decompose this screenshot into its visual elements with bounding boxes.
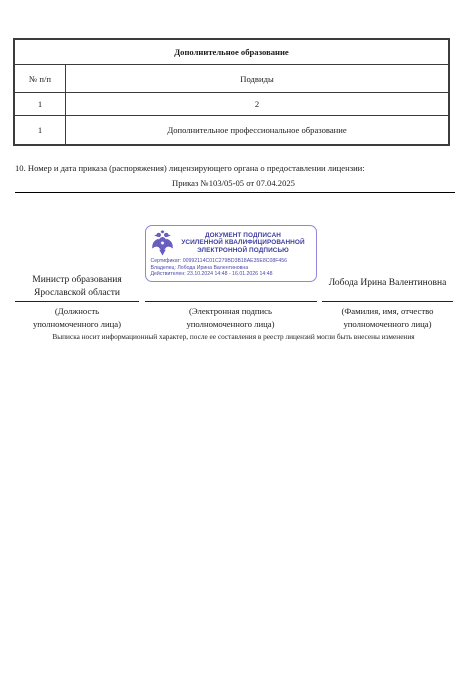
esignature-caption-line1: (Электронная подпись [145,305,317,318]
document-page: Дополнительное образование № п/п Подвиды… [0,0,467,687]
electronic-signature-stamp: ДОКУМЕНТ ПОДПИСАН УСИЛЕННОЙ КВАЛИФИЦИРОВ… [145,225,317,282]
stamp-certificate: Сертификат: 00992114C01C279BD3B18AE35E8C… [151,258,311,265]
column-header-number: № п/п [14,65,66,93]
horizontal-rule [15,192,455,193]
column-number-row: 1 2 [14,93,449,116]
stamp-header: ДОКУМЕНТ ПОДПИСАН УСИЛЕННОЙ КВАЛИФИЦИРОВ… [151,230,311,256]
signature-name-column: Лобода Ирина Валентиновна (Фамилия, имя,… [322,229,453,331]
position-text: Министр образования Ярославской области [15,229,139,301]
column-number-cell: 1 [14,93,66,116]
additional-education-table: Дополнительное образование № п/п Подвиды… [13,38,450,146]
stamp-title-line2: УСИЛЕННОЙ КВАЛИФИЦИРОВАННОЙ [176,239,311,247]
position-line1: Министр образования [32,274,121,287]
signature-block: Министр образования Ярославской области … [15,229,453,331]
esignature-caption-line2: уполномоченного лица) [145,318,317,331]
stamp-title: ДОКУМЕНТ ПОДПИСАН УСИЛЕННОЙ КВАЛИФИЦИРОВ… [176,232,311,255]
stamp-validity: Действителен: 23.10.2024 14:48 - 16.01.2… [151,271,311,278]
position-caption: (Должность уполномоченного лица) [15,305,139,331]
signer-name-wrapper: Лобода Ирина Валентиновна [322,229,453,301]
signature-line [145,301,317,302]
signature-stamp-column: ДОКУМЕНТ ПОДПИСАН УСИЛЕННОЙ КВАЛИФИЦИРОВ… [145,229,317,331]
row-value-cell: Дополнительное профессиональное образова… [66,116,450,146]
fullname-caption-line1: (Фамилия, имя, отчество [322,305,453,318]
russian-coat-of-arms-icon [151,230,174,256]
column-header-subtypes: Подвиды [66,65,450,93]
fullname-caption: (Фамилия, имя, отчество уполномоченного … [322,305,453,331]
position-caption-line1: (Должность [15,305,139,318]
table-header-row: № п/п Подвиды [14,65,449,93]
order-number-value: Приказ №103/05-05 от 07.04.2025 [0,178,467,188]
fullname-caption-line2: уполномоченного лица) [322,318,453,331]
section10-label: 10. Номер и дата приказа (распоряжения) … [15,163,455,174]
signer-name: Лобода Ирина Валентиновна [329,277,447,290]
position-caption-line2: уполномоченного лица) [15,318,139,331]
row-number-cell: 1 [14,116,66,146]
signature-line [15,301,139,302]
esignature-caption: (Электронная подпись уполномоченного лиц… [145,305,317,331]
stamp-details: Сертификат: 00992114C01C279BD3B18AE35E8C… [151,258,311,278]
informational-note: Выписка носит информационный характер, п… [0,332,467,341]
table-title-row: Дополнительное образование [14,39,449,65]
position-line2: Ярославской области [34,287,120,300]
signature-line [322,301,453,302]
table-row: 1 Дополнительное профессиональное образо… [14,116,449,146]
stamp-wrapper: ДОКУМЕНТ ПОДПИСАН УСИЛЕННОЙ КВАЛИФИЦИРОВ… [145,229,317,301]
signature-position-column: Министр образования Ярославской области … [15,229,139,331]
stamp-title-line3: ЭЛЕКТРОННОЙ ПОДПИСЬЮ [176,247,311,255]
table-title: Дополнительное образование [14,39,449,65]
column-number-cell: 2 [66,93,450,116]
